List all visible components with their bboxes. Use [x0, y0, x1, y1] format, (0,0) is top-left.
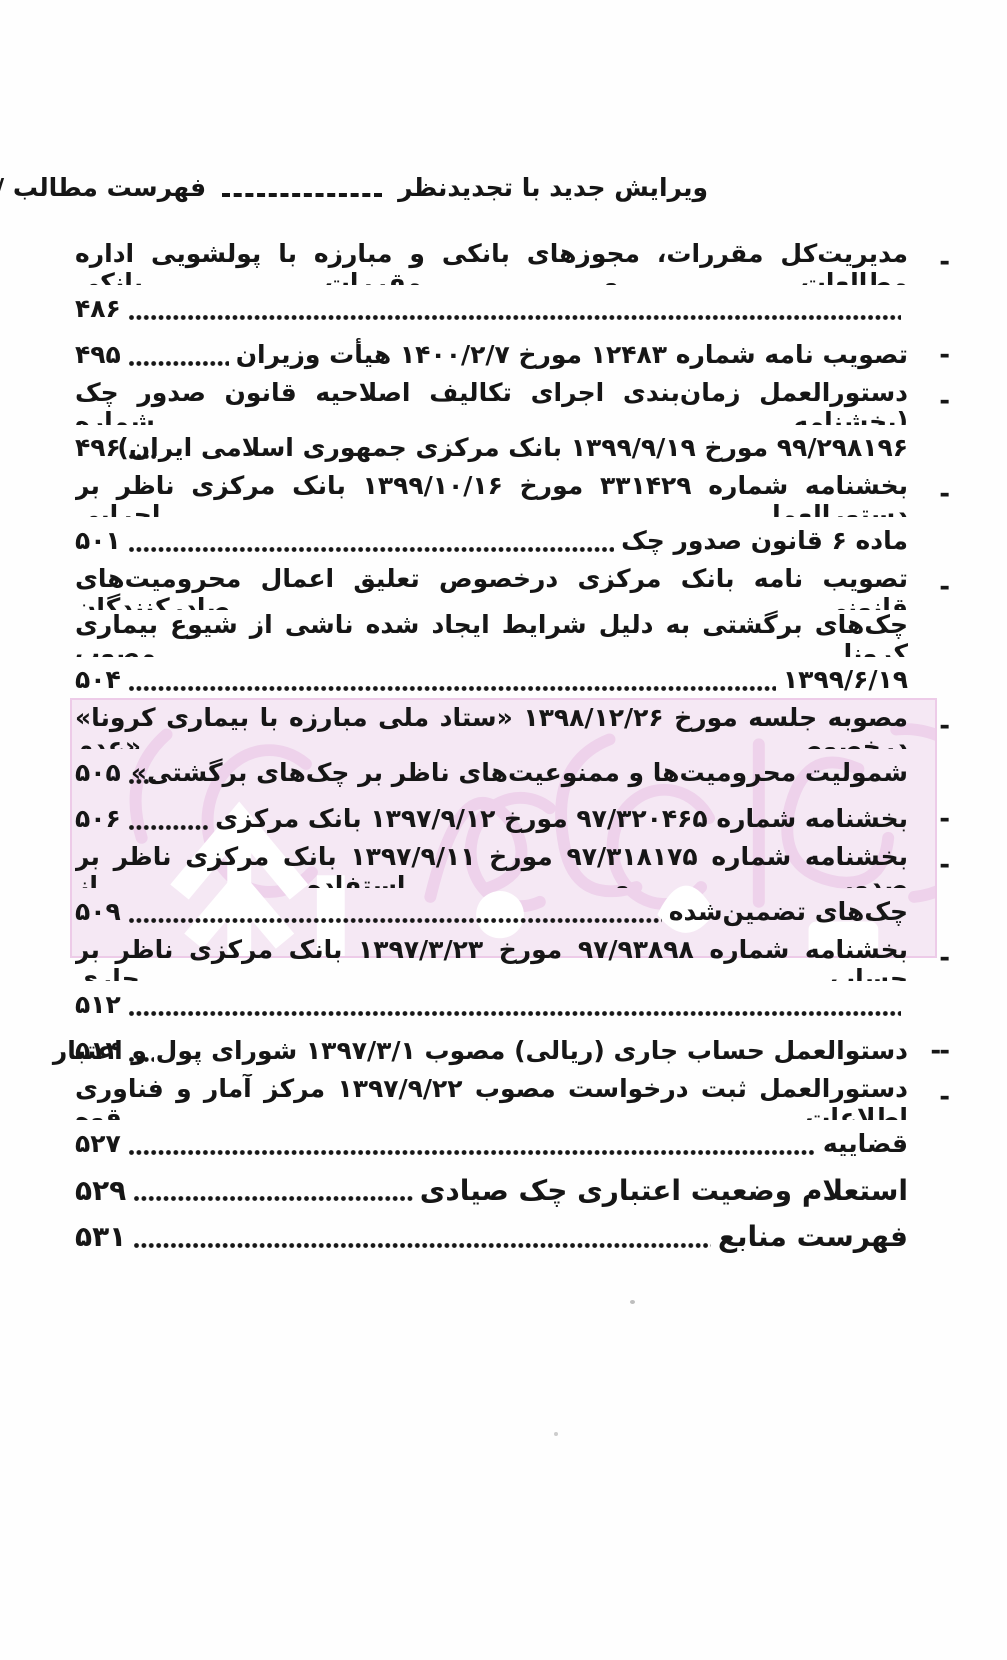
- scan-speck: [630, 1300, 635, 1304]
- dotted-leader: [128, 451, 156, 462]
- page-number: ۴۹۶: [75, 433, 121, 462]
- toc-line: ۹۹/۲۹۸۱۹۶ مورخ ۱۳۹۹/۹/۱۹ بانک مرکزی جمهو…: [75, 425, 908, 471]
- toc-list: -مدیریت‌کل مقررات، مجوزهای بانکی و مبارز…: [75, 239, 908, 1260]
- dotted-leader: [128, 822, 208, 833]
- page-number: ۵۰۵: [75, 758, 121, 787]
- toc-entry-text: ماده ۶ قانون صدور چک: [621, 526, 908, 555]
- dotted-leader: [128, 915, 662, 926]
- header-dash-rule: [222, 193, 382, 197]
- page-number: ۵۱۴: [75, 1036, 121, 1065]
- bullet-dash: -: [939, 842, 948, 888]
- toc-entry-text: بخشنامه شماره ۳۳۱۴۲۹ مورخ ۱۳۹۹/۱۰/۱۶ بان…: [75, 471, 908, 517]
- toc-entry-text: ۹۹/۲۹۸۱۹۶ مورخ ۱۳۹۹/۹/۱۹ بانک مرکزی جمهو…: [163, 433, 908, 462]
- page-number: ۵۰۶: [75, 804, 121, 833]
- page-number: ۵۰۱: [75, 526, 121, 555]
- toc-entry-text: تصویب نامه شماره ۱۲۴۸۳ مورخ ۱۴۰۰/۲/۷ هیأ…: [236, 340, 908, 369]
- toc-line: ۱۳۹۹/۶/۱۹۵۰۴: [75, 657, 908, 703]
- toc-entry-text: فهرست منابع: [718, 1220, 908, 1253]
- bullet-dash: -: [939, 935, 948, 981]
- dotted-leader: [128, 1054, 154, 1065]
- page-number: ۵۳۱: [75, 1220, 126, 1253]
- toc-entry-text: بخشنامه شماره ۹۷/۳۱۸۱۷۵ مورخ ۱۳۹۷/۹/۱۱ ب…: [75, 842, 908, 888]
- dotted-leader: [128, 1147, 816, 1158]
- bullet-dash: --: [930, 1028, 948, 1074]
- dotted-leader: [128, 776, 157, 787]
- toc-line: --دستوالعمل حساب جاری (ریالی) مصوب ۱۳۹۷/…: [75, 1028, 908, 1074]
- toc-line: چک‌های تضمین‌شده۵۰۹: [75, 888, 908, 934]
- bullet-dash: -: [939, 378, 948, 424]
- page-number: ۵۰۴: [75, 665, 121, 694]
- toc-entry-text: چک‌های برگشتی به دلیل شرایط ایجاد شده نا…: [75, 610, 908, 656]
- toc-entry-text: دستورالعمل زمان‌بندی اجرای تکالیف اصلاحی…: [75, 378, 908, 424]
- bullet-dash: -: [939, 239, 948, 285]
- bullet-dash: -: [939, 1074, 948, 1120]
- page-number: ۵۱۲: [75, 990, 121, 1019]
- page-number: ۴۹۵: [75, 340, 121, 369]
- toc-line: ۴۸۶: [75, 285, 908, 331]
- toc-entry-text: بخشنامه شماره ۹۷/۳۲۰۴۶۵ مورخ ۱۳۹۷/۹/۱۲ ب…: [215, 804, 908, 833]
- dotted-leader: [128, 358, 229, 369]
- dotted-leader: [128, 683, 776, 694]
- toc-line: -دستورالعمل ثبت درخواست مصوب ۱۳۹۷/۹/۲۲ م…: [75, 1074, 908, 1120]
- toc-entry-text: دستوالعمل حساب جاری (ریالی) مصوب ۱۳۹۷/۳/…: [161, 1036, 908, 1065]
- toc-line: -بخشنامه شماره ۹۷/۳۲۰۴۶۵ مورخ ۱۳۹۷/۹/۱۲ …: [75, 796, 908, 842]
- toc-line: -مدیریت‌کل مقررات، مجوزهای بانکی و مبارز…: [75, 239, 908, 285]
- toc-line: -بخشنامه شماره ۹۷/۹۳۸۹۸ مورخ ۱۳۹۷/۳/۲۳ ب…: [75, 935, 908, 981]
- toc-entry-text: بخشنامه شماره ۹۷/۹۳۸۹۸ مورخ ۱۳۹۷/۳/۲۳ با…: [75, 935, 908, 981]
- toc-entry-text: تصویب نامه بانک مرکزی درخصوص تعلیق اعمال…: [75, 564, 908, 610]
- scan-speck: [554, 1432, 558, 1436]
- toc-line: ۵۱۲: [75, 981, 908, 1027]
- dotted-leader: [128, 312, 901, 323]
- toc-entry-text: مصوبه جلسه مورخ ۱۳۹۸/۱۲/۲۶ «ستاد ملی مبا…: [75, 703, 908, 749]
- dotted-leader: [128, 544, 614, 555]
- page-header: ویرایش جدید با تجدیدنظر فهرست مطالب / ۹: [63, 166, 708, 208]
- toc-line: -تصویب نامه شماره ۱۲۴۸۳ مورخ ۱۴۰۰/۲/۷ هی…: [75, 332, 908, 378]
- book-toc-page: ویرایش جدید با تجدیدنظر فهرست مطالب / ۹: [0, 0, 1007, 1660]
- toc-entry-text: چک‌های تضمین‌شده: [669, 897, 908, 926]
- bullet-dash: -: [939, 796, 948, 842]
- bullet-dash: -: [939, 332, 948, 378]
- page-number: ۵۰۹: [75, 897, 121, 926]
- dotted-leader: [133, 1240, 711, 1251]
- page-number: ۵۲۹: [75, 1174, 126, 1207]
- bullet-dash: -: [939, 471, 948, 517]
- toc-line: -بخشنامه شماره ۹۷/۳۱۸۱۷۵ مورخ ۱۳۹۷/۹/۱۱ …: [75, 842, 908, 888]
- header-section-label: فهرست مطالب / ۹: [0, 173, 206, 202]
- toc-line: فهرست منابع۵۳۱: [75, 1213, 908, 1259]
- toc-line: شمولیت محرومیت‌ها و ممنوعیت‌های ناظر بر …: [75, 749, 908, 795]
- toc-entry-text: مدیریت‌کل مقررات، مجوزهای بانکی و مبارزه…: [75, 239, 908, 285]
- page-number: ۵۲۷: [75, 1129, 121, 1158]
- toc-entry-text: قضاییه: [823, 1129, 908, 1158]
- dotted-leader: [133, 1193, 412, 1204]
- toc-line: -دستورالعمل زمان‌بندی اجرای تکالیف اصلاح…: [75, 378, 908, 424]
- toc-entry-text: دستورالعمل ثبت درخواست مصوب ۱۳۹۷/۹/۲۲ مر…: [75, 1074, 908, 1120]
- toc-line: -تصویب نامه بانک مرکزی درخصوص تعلیق اعما…: [75, 564, 908, 610]
- toc-entry-text: شمولیت محرومیت‌ها و ممنوعیت‌های ناظر بر …: [164, 758, 908, 787]
- page-number: ۴۸۶: [75, 294, 121, 323]
- toc-entry-text: ۱۳۹۹/۶/۱۹: [783, 665, 908, 694]
- bullet-dash: -: [939, 564, 948, 610]
- bullet-dash: -: [939, 703, 948, 749]
- edition-title: ویرایش جدید با تجدیدنظر: [398, 173, 708, 202]
- dotted-leader: [128, 1008, 901, 1019]
- toc-line: قضاییه۵۲۷: [75, 1120, 908, 1166]
- toc-entry-text: استعلام وضعیت اعتباری چک صیادی: [420, 1174, 908, 1207]
- toc-line: -بخشنامه شماره ۳۳۱۴۲۹ مورخ ۱۳۹۹/۱۰/۱۶ با…: [75, 471, 908, 517]
- toc-line: -مصوبه جلسه مورخ ۱۳۹۸/۱۲/۲۶ «ستاد ملی مب…: [75, 703, 908, 749]
- toc-line: چک‌های برگشتی به دلیل شرایط ایجاد شده نا…: [75, 610, 908, 656]
- toc-line: ماده ۶ قانون صدور چک۵۰۱: [75, 517, 908, 563]
- toc-line: استعلام وضعیت اعتباری چک صیادی۵۲۹: [75, 1167, 908, 1213]
